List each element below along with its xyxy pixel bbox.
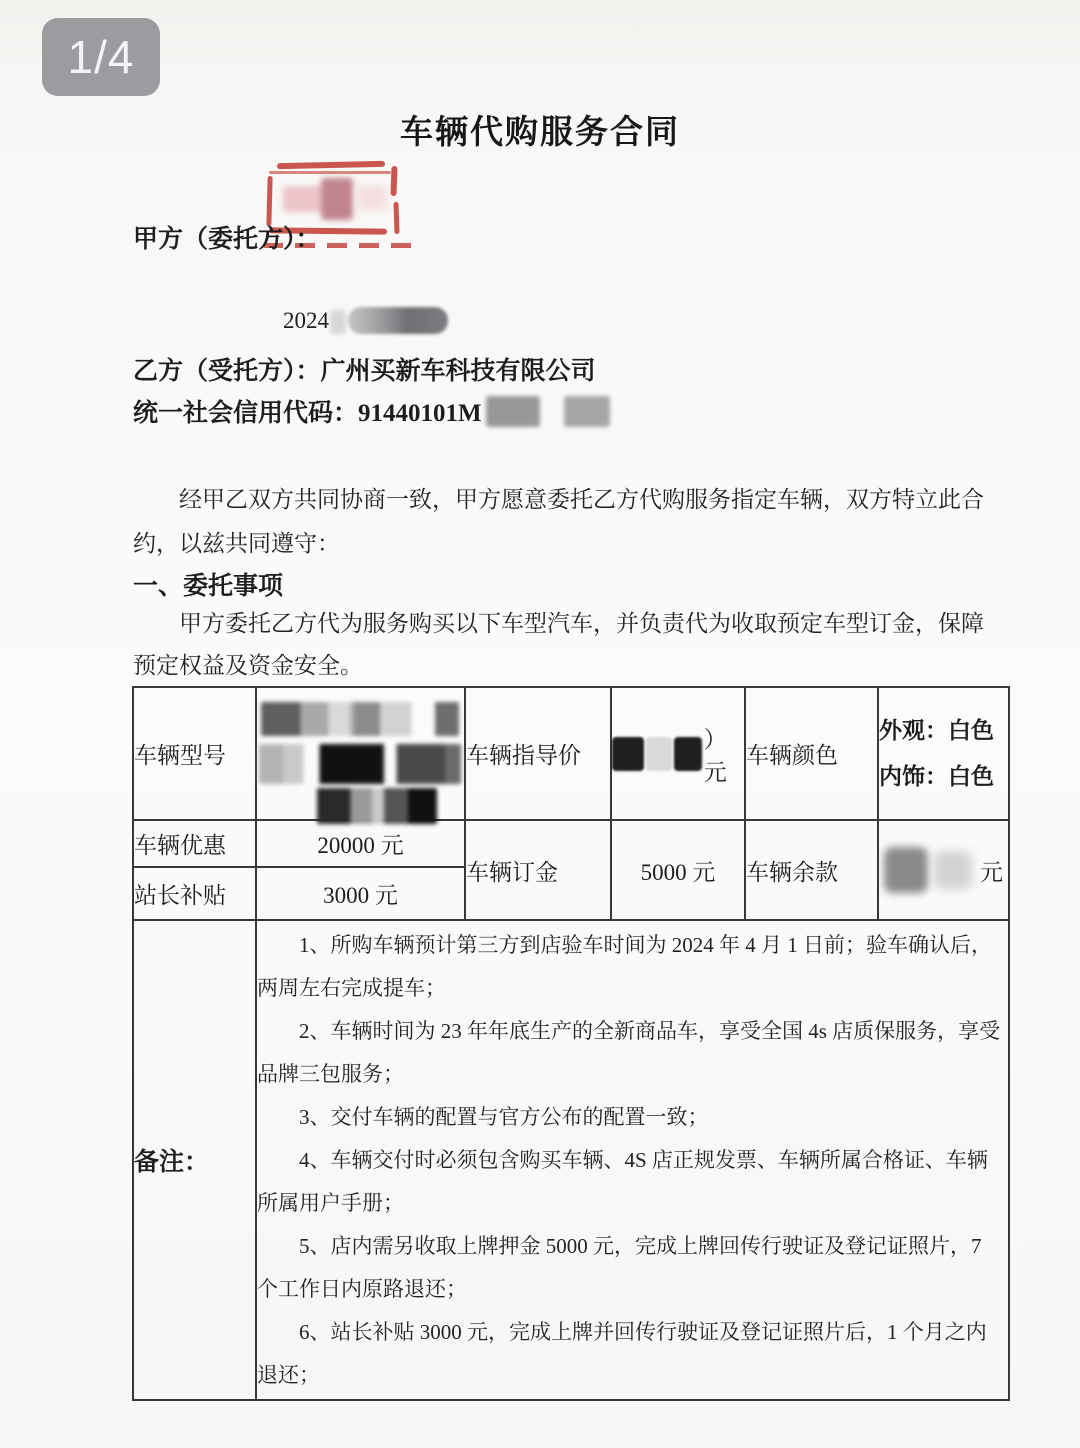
contract-title: 车辆代购服务合同 xyxy=(0,106,1080,153)
credit-code-redacted-box xyxy=(486,396,540,427)
remark-item-3: 3、交付车辆的配置与官方公布的配置一致； xyxy=(257,1096,1008,1139)
price-redacted-box xyxy=(612,737,644,771)
guide-price-redacted-cell: ）元 xyxy=(611,687,745,820)
opening-paragraph: 经甲乙双方共同协商一致，甲方愿意委托乙方代购服务指定车辆，双方特立此合 约，以兹… xyxy=(133,478,1013,566)
balance-suffix: 元 xyxy=(980,854,1003,887)
deposit-label: 车辆订金 xyxy=(465,820,611,920)
party-b-line: 乙方（受托方）：广州买新车科技有限公司 xyxy=(133,351,596,387)
credit-code-redacted-box xyxy=(564,396,610,427)
exterior-color-line: 外观：白色 xyxy=(879,708,1008,754)
stamp-redacted-blob xyxy=(321,178,353,220)
balance-redacted-box xyxy=(884,847,928,893)
page-indicator-text: 1/4 xyxy=(68,30,135,84)
remarks-content-cell: 1、所购车辆预计第三方到店验车时间为 2024 年 4 月 1 日前；验车确认后… xyxy=(256,920,1009,1400)
party-a-label: 甲方（委托方）： xyxy=(133,219,321,255)
balance-redacted-cell: 元 xyxy=(878,820,1009,920)
contract-date-line: 2024 xyxy=(283,307,448,334)
page-indicator-badge: 1/4 xyxy=(42,18,160,96)
guide-price-label: 车辆指导价 xyxy=(465,687,611,820)
stamp-redacted-blob xyxy=(283,186,325,212)
credit-code-text: 统一社会信用代码：91440101M xyxy=(133,400,482,427)
stamp-stroke xyxy=(269,171,391,174)
date-redacted-box xyxy=(348,307,448,334)
stamp-stroke xyxy=(390,166,397,196)
remark-item-2: 2、车辆时间为 23 年年底生产的全新商品车，享受全国 4s 店质保服务，享受 … xyxy=(257,1010,1008,1096)
balance-label: 车辆余款 xyxy=(745,820,878,920)
discount-label: 车辆优惠 xyxy=(133,820,256,867)
contract-date-prefix: 2024 xyxy=(283,308,329,333)
stamp-redacted-blob xyxy=(357,186,387,210)
credit-code-line: 统一社会信用代码：91440101M xyxy=(133,393,610,429)
subsidy-value: 3000 元 xyxy=(256,867,465,920)
section-heading: 一、委托事项 xyxy=(133,566,283,602)
stamp-stroke xyxy=(393,202,399,234)
vehicle-model-label: 车辆型号 xyxy=(133,687,256,820)
table-row: 车辆优惠 20000 元 车辆订金 5000 元 车辆余款 元 xyxy=(133,820,1009,867)
section-paragraph: 甲方委托乙方代为服务购买以下车型汽车，并负责代为收取预定车型订金，保障 预定权益… xyxy=(133,603,1013,687)
vehicle-model-redacted-cell xyxy=(256,687,465,820)
vehicle-color-value-cell: 外观：白色 内饰：白色 xyxy=(878,687,1009,820)
model-redacted-bar xyxy=(259,744,461,784)
model-redacted-bar xyxy=(317,788,437,824)
table-row: 车辆型号 车辆指导价 ）元 车辆颜色 外观：白色 内饰：白色 xyxy=(133,687,1009,820)
price-redacted-box xyxy=(646,737,672,771)
date-redacted-box xyxy=(330,310,346,334)
interior-color-line: 内饰：白色 xyxy=(879,754,1008,800)
table-row: 备注： 1、所购车辆预计第三方到店验车时间为 2024 年 4 月 1 日前；验… xyxy=(133,920,1009,1400)
subsidy-label: 站长补贴 xyxy=(133,867,256,920)
deposit-value: 5000 元 xyxy=(611,820,745,920)
model-redacted-bar xyxy=(261,702,459,736)
stamp-stroke xyxy=(277,161,385,169)
remarks-label: 备注： xyxy=(133,920,256,1400)
remark-item-5: 5、店内需另收取上牌押金 5000 元，完成上牌回传行驶证及登记证照片，7 个工… xyxy=(257,1225,1008,1311)
vehicle-color-label: 车辆颜色 xyxy=(745,687,878,820)
discount-value: 20000 元 xyxy=(256,820,465,867)
vehicle-order-table: 车辆型号 车辆指导价 ）元 车辆颜色 外观：白色 内饰：白色 车辆优惠 2000… xyxy=(132,686,1010,1401)
remark-item-1: 1、所购车辆预计第三方到店验车时间为 2024 年 4 月 1 日前；验车确认后… xyxy=(257,924,1008,1010)
balance-redacted-box xyxy=(934,851,972,889)
contract-document-page: 1/4 车辆代购服务合同 甲方（委托方）： 2024 乙方（受托方）：广州买新车… xyxy=(0,0,1080,1448)
price-redacted-box xyxy=(674,737,702,771)
remark-item-6: 6、站长补贴 3000 元，完成上牌并回传行驶证及登记证照片后，1 个月之内 退… xyxy=(257,1311,1008,1397)
remark-item-4: 4、车辆交付时必须包含购买车辆、4S 店正规发票、车辆所属合格证、车辆 所属用户… xyxy=(257,1139,1008,1225)
guide-price-suffix: ）元 xyxy=(704,721,744,787)
